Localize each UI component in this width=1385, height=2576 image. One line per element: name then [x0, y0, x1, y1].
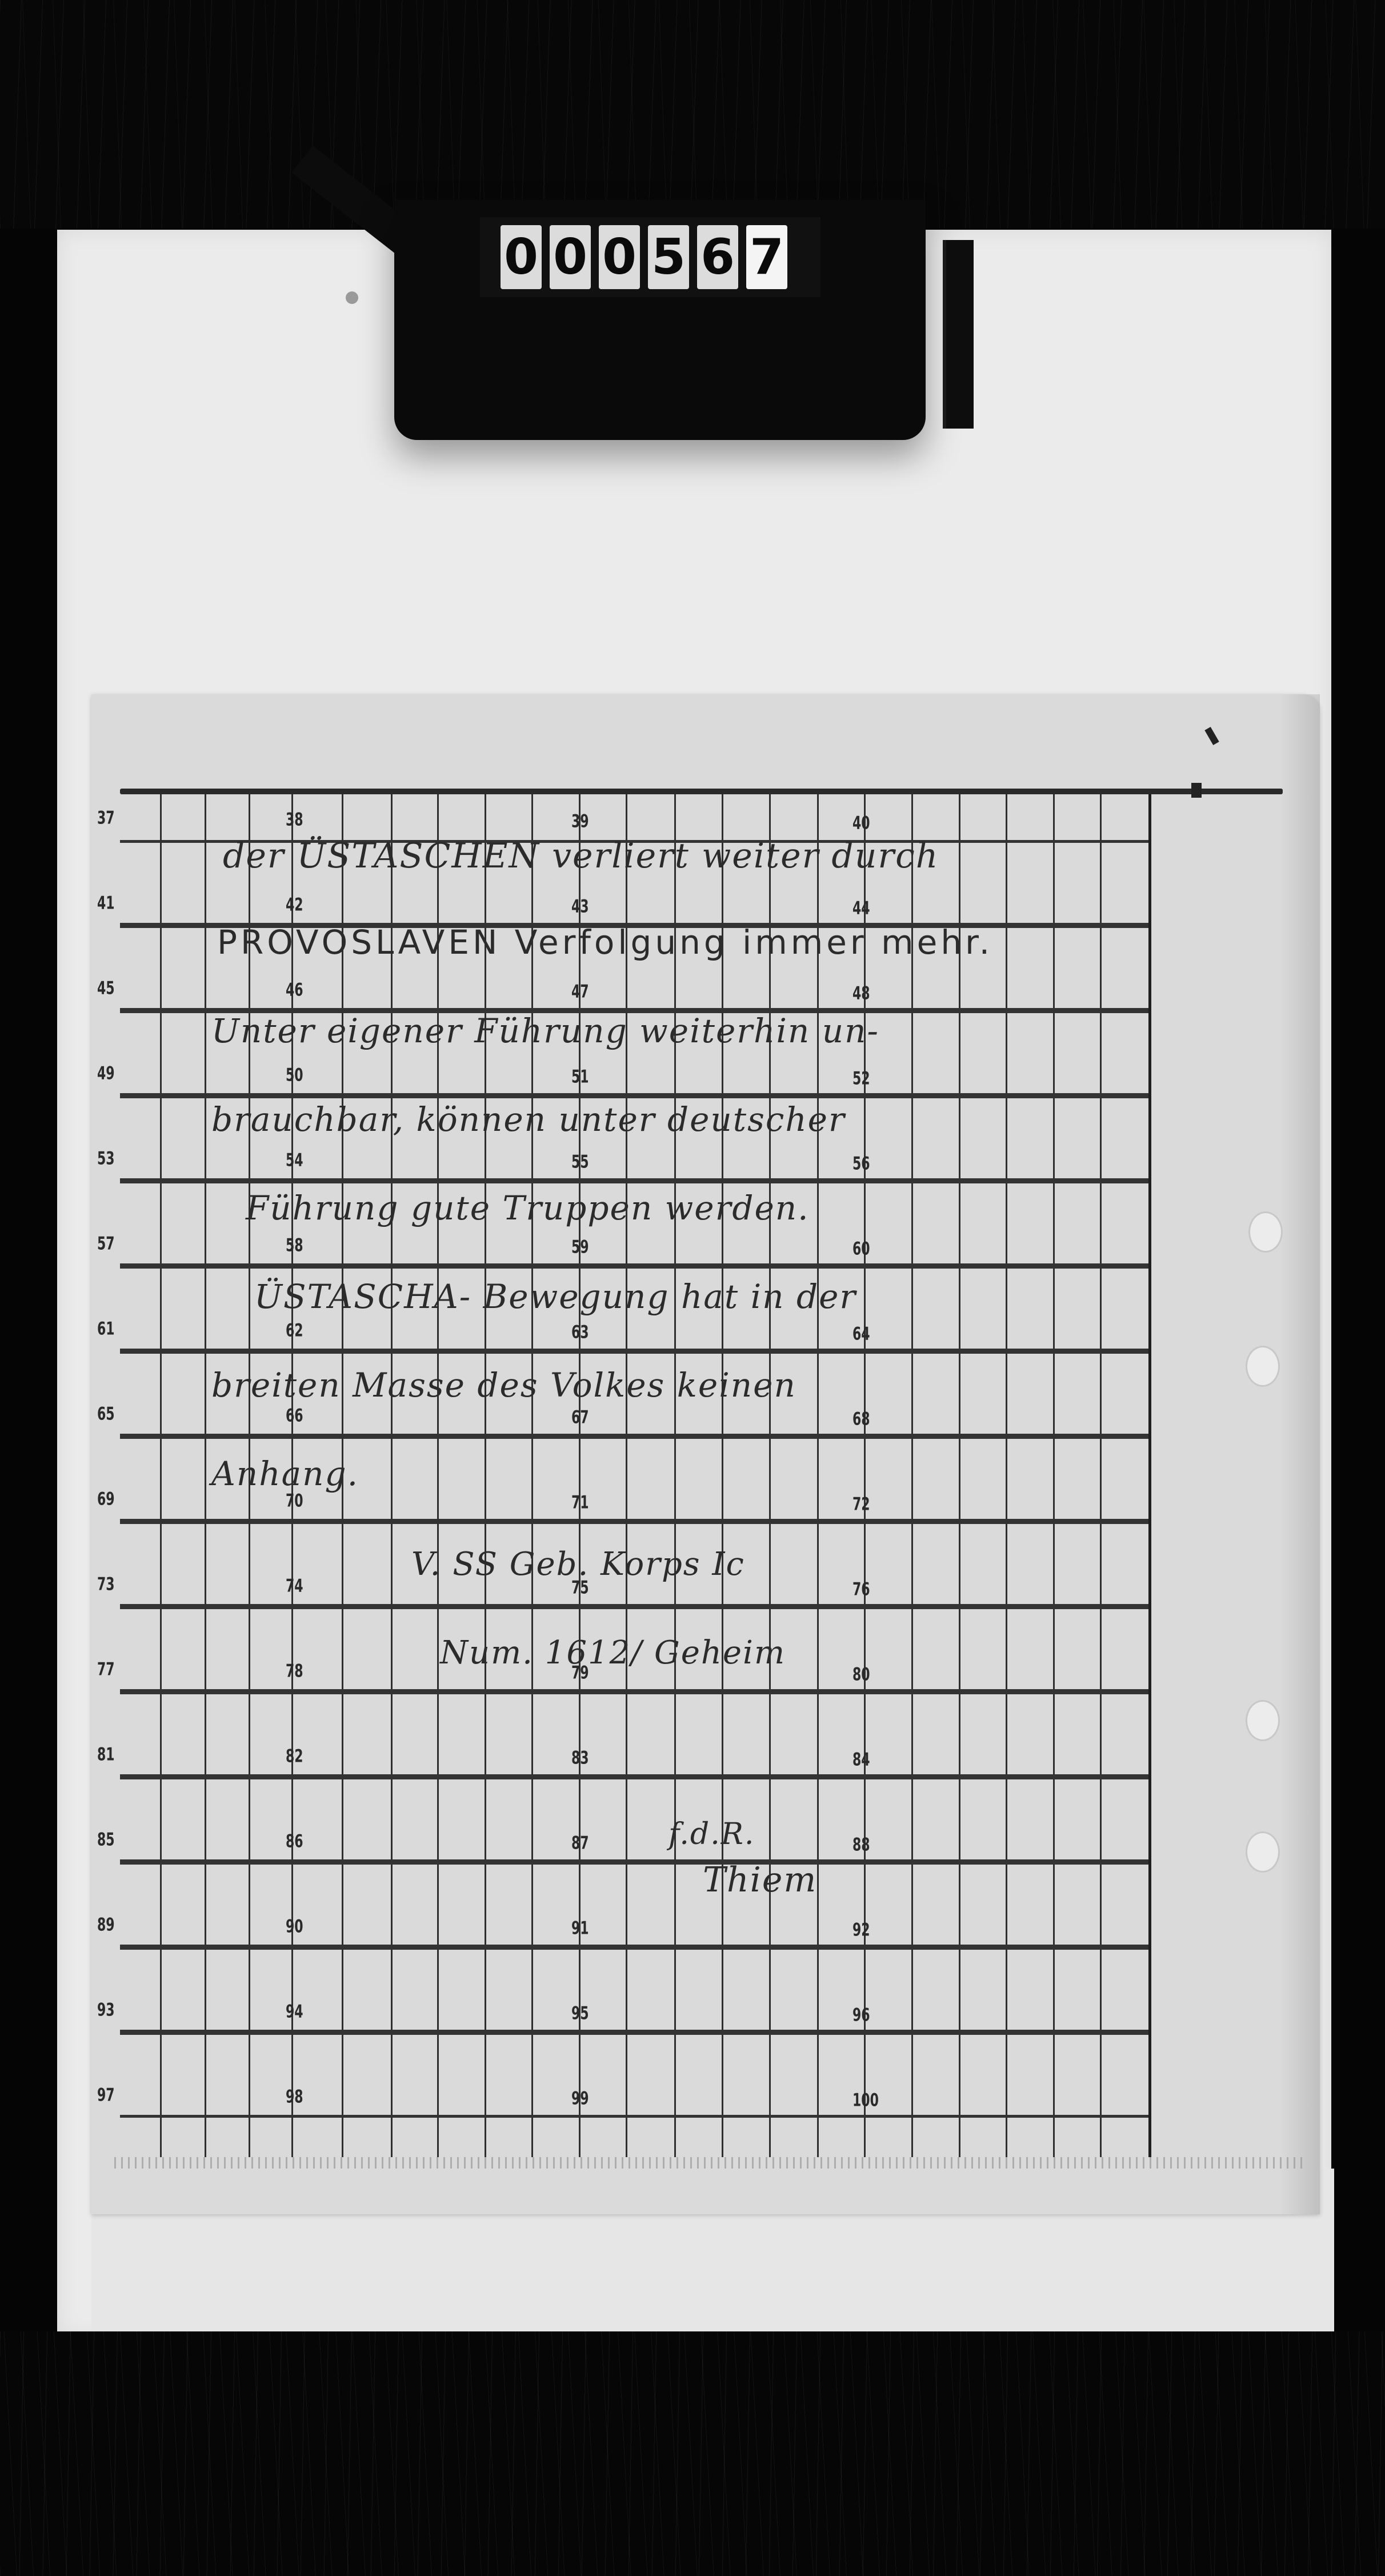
row-number-label: 54: [286, 1151, 303, 1171]
grid-row-line: [120, 2115, 1148, 2118]
pencil-tick-mark: [1204, 727, 1219, 745]
row-number-label: 47: [571, 982, 589, 1002]
row-number-label: 92: [852, 1921, 870, 1941]
counter-digit: 0: [599, 225, 640, 289]
row-number-label: 81: [97, 1745, 115, 1765]
row-number-label: 76: [852, 1580, 870, 1600]
handwritten-line: PROVOSLAVEN Verfolgung immer mehr.: [217, 923, 993, 962]
row-number-label: 66: [286, 1406, 303, 1426]
grid-row-line: [120, 1947, 1148, 1950]
grid-column-line: [160, 794, 162, 2157]
row-number-label: 74: [286, 1577, 303, 1597]
grid-column-line: [1100, 794, 1102, 2157]
grid-column-line: [626, 794, 627, 2157]
grid-column-line: [531, 794, 533, 2157]
punch-hole: [1248, 1211, 1283, 1253]
handwritten-reference-number: Num. 1612/ Geheim: [440, 1634, 786, 1671]
grid-column-line: [674, 794, 676, 2157]
row-number-label: 88: [852, 1835, 870, 1855]
counter-digit: 7: [746, 225, 787, 289]
counter-digit: 0: [550, 225, 591, 289]
handwritten-line: Führung gute Truppen werden.: [246, 1189, 810, 1227]
row-number-label: 93: [97, 2001, 115, 2021]
grid-row-line: [120, 1862, 1148, 1865]
row-number-label: 63: [571, 1323, 589, 1343]
row-number-label: 46: [286, 981, 303, 1001]
row-number-label: 94: [286, 2002, 303, 2022]
counter-digit: 5: [648, 225, 689, 289]
microfilm-bottom-band: [0, 2331, 1385, 2576]
row-number-label: 64: [852, 1325, 870, 1345]
row-number-label: 39: [571, 812, 589, 832]
counter-pin: [346, 291, 358, 304]
row-number-label: 56: [852, 1154, 870, 1174]
counter-digit: 6: [697, 225, 738, 289]
counter-knob: [943, 240, 974, 429]
grid-column-line: [205, 794, 206, 2157]
row-number-label: 77: [97, 1660, 115, 1680]
grid-row-line: [120, 1095, 1148, 1098]
grid-row-line: [120, 1181, 1148, 1183]
grid-row-line: [120, 1266, 1148, 1269]
grid-column-line: [1148, 794, 1151, 2157]
handwritten-line: der ÜSTASCHEN verliert weiter durch: [223, 836, 939, 876]
row-number-label: 43: [571, 897, 589, 917]
row-number-label: 62: [286, 1321, 303, 1341]
row-number-label: 83: [571, 1749, 589, 1769]
row-number-label: 85: [97, 1830, 115, 1850]
row-number-label: 95: [571, 2004, 589, 2024]
row-number-label: 86: [286, 1832, 303, 1852]
row-number-label: 89: [97, 1915, 115, 1935]
grid-row-line: [120, 1777, 1148, 1779]
row-number-label: 61: [97, 1319, 115, 1339]
row-number-label: 65: [97, 1405, 115, 1425]
row-number-label: 69: [97, 1490, 115, 1510]
row-number-label: 48: [852, 984, 870, 1004]
row-number-label: 73: [97, 1575, 115, 1595]
grid-row-line: [120, 1521, 1148, 1524]
row-number-label: 58: [286, 1236, 303, 1256]
grid-column-line: [485, 794, 486, 2157]
row-number-label: 55: [571, 1153, 589, 1173]
rule-end-mark: [1191, 783, 1202, 798]
punch-hole: [1246, 1700, 1280, 1741]
row-number-label: 98: [286, 2087, 303, 2107]
row-number-label: 44: [852, 899, 870, 919]
perforated-edge: [114, 2157, 1303, 2169]
row-number-label: 84: [852, 1750, 870, 1770]
row-number-label: 37: [97, 809, 115, 829]
grid-column-line: [1006, 794, 1007, 2157]
row-number-label: 71: [571, 1493, 589, 1513]
grid-form-sheet: 3738394041424344454647484950515253545556…: [91, 694, 1320, 2214]
top-rule: [120, 789, 1283, 794]
frame-counter: 0 0 0 5 6 7: [480, 217, 820, 297]
grid-row-line: [120, 1606, 1148, 1609]
grid-column-line: [817, 794, 819, 2157]
row-number-label: 82: [286, 1747, 303, 1767]
row-number-label: 91: [571, 1919, 589, 1939]
punch-hole: [1246, 1831, 1280, 1873]
microfilm-top-band: [0, 0, 1385, 229]
handwritten-line: breiten Masse des Volkes keinen: [211, 1366, 796, 1405]
row-number-label: 45: [97, 979, 115, 999]
row-number-label: 97: [97, 2086, 115, 2106]
row-number-label: 51: [571, 1067, 589, 1087]
grid-row-line: [120, 1351, 1148, 1354]
row-number-label: 40: [852, 814, 870, 834]
counter-digit: 0: [501, 225, 542, 289]
grid-row-line: [120, 2032, 1148, 2035]
handwritten-unit-designation: V. SS Geb. Korps Ic: [411, 1546, 745, 1583]
handwritten-fdr: f.d.R.: [669, 1817, 755, 1851]
row-number-label: 99: [571, 2089, 589, 2109]
row-number-label: 59: [571, 1238, 589, 1258]
row-number-label: 42: [286, 895, 303, 915]
frame-counter-device: 0 0 0 5 6 7: [394, 200, 926, 440]
row-number-label: 80: [852, 1665, 870, 1685]
grid-row-line: [120, 1691, 1148, 1694]
row-number-label: 87: [571, 1834, 589, 1854]
grid-column-line: [1053, 794, 1055, 2157]
handwritten-line: Unter eigener Führung weiterhin un-: [211, 1011, 879, 1050]
handwritten-line: ÜSTASCHA- Bewegung hat in der: [254, 1277, 856, 1316]
row-number-label: 52: [852, 1069, 870, 1089]
handwritten-line: brauchbar, können unter deutscher: [211, 1100, 846, 1139]
row-number-label: 60: [852, 1239, 870, 1259]
row-number-label: 70: [286, 1491, 303, 1511]
row-number-label: 57: [97, 1234, 115, 1254]
row-number-label: 49: [97, 1064, 115, 1084]
signature: Thiem: [703, 1860, 817, 1900]
grid-column-line: [391, 794, 393, 2157]
grid-column-line: [769, 794, 771, 2157]
grid-row-line: [120, 1436, 1148, 1439]
row-number-label: 68: [852, 1410, 870, 1430]
row-number-label: 100: [852, 2091, 879, 2111]
grid-column-line: [911, 794, 913, 2157]
page-fold-shadow: [1280, 694, 1320, 2214]
row-number-label: 38: [286, 810, 303, 830]
grid-column-line: [722, 794, 723, 2157]
row-number-label: 90: [286, 1917, 303, 1937]
handwritten-line: Anhang.: [211, 1454, 359, 1493]
row-number-label: 78: [286, 1662, 303, 1682]
row-number-label: 50: [286, 1066, 303, 1086]
punch-hole: [1246, 1346, 1280, 1387]
row-number-label: 72: [852, 1495, 870, 1515]
row-number-label: 53: [97, 1149, 115, 1169]
row-number-label: 41: [97, 894, 115, 914]
grid-column-line: [437, 794, 439, 2157]
grid-column-line: [959, 794, 960, 2157]
row-number-label: 96: [852, 2006, 870, 2026]
row-number-label: 67: [571, 1408, 589, 1428]
